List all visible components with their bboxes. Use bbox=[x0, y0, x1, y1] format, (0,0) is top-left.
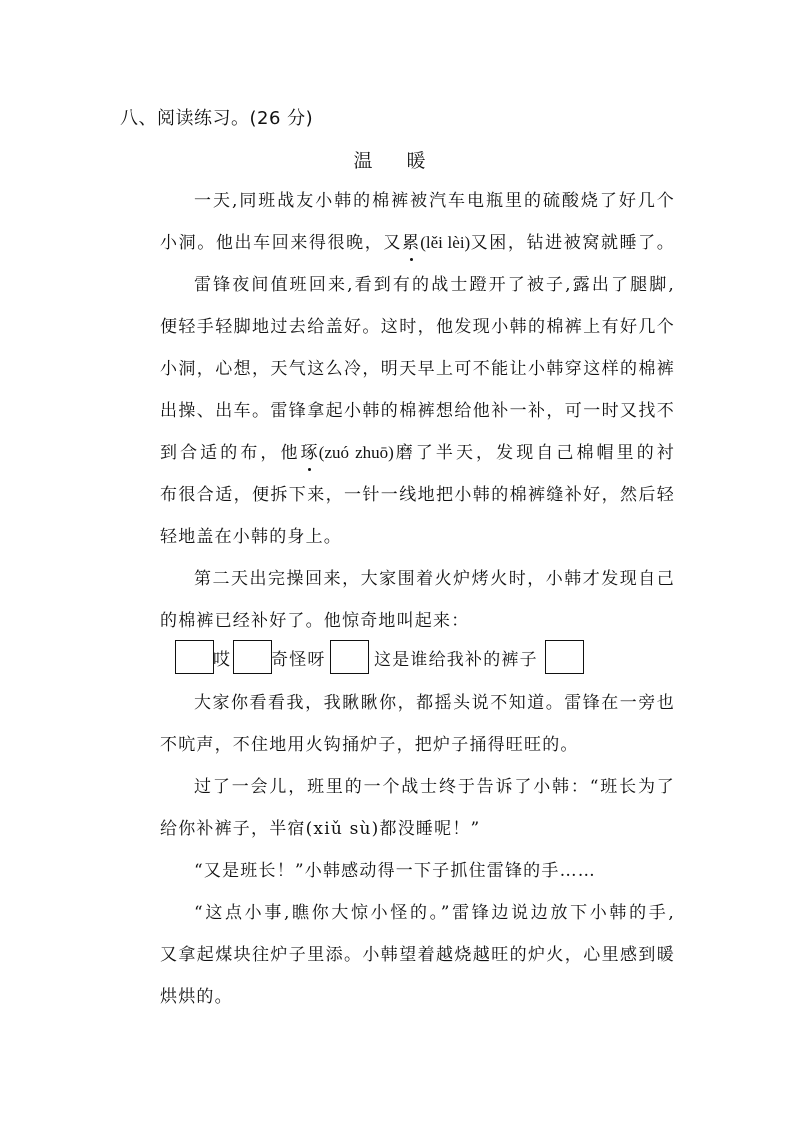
paragraph-line: 一天,同班战友小韩的棉裤被汽车电瓶里的硫酸烧了好几个 bbox=[194, 189, 675, 213]
line-text: 小洞。他出车回来得很晚，又 bbox=[160, 233, 402, 253]
paragraph-line: 给你补裤子，半宿(xiǔ sù)都没睡呢！” bbox=[160, 817, 675, 841]
paragraph-line: 小洞。他出车回来得很晚，又累(lěi lèi)又困，钻进被窝就睡了。 bbox=[160, 231, 675, 255]
answer-box[interactable] bbox=[175, 640, 214, 674]
line-text: 又困，钻进被窝就睡了。 bbox=[470, 233, 675, 253]
paragraph-line: 雷锋夜间值班回来,看到有的战士蹬开了被子,露出了腿脚, bbox=[194, 273, 675, 297]
fill-in-text: 哎 bbox=[213, 645, 231, 670]
paragraph-line: 第二天出完操回来，大家围着火炉烤火时，小韩才发现自己 bbox=[194, 567, 675, 591]
paragraph-line: 便轻手轻脚地过去给盖好。这时，他发现小韩的棉裤上有好几个 bbox=[160, 315, 675, 339]
answer-box[interactable] bbox=[233, 640, 272, 674]
paragraph-line: 小洞，心想，天气这么冷，明天早上可不能让小韩穿这样的棉裤 bbox=[160, 357, 675, 381]
paragraph-line: 大家你看看我，我瞅瞅你，都摇头说不知道。雷锋在一旁也 bbox=[194, 691, 675, 715]
answer-box[interactable] bbox=[545, 640, 584, 674]
paragraph-line: 轻地盖在小韩的身上。 bbox=[160, 525, 675, 549]
fill-in-text: 这是谁给我补的裤子 bbox=[374, 645, 538, 670]
answer-box[interactable] bbox=[330, 640, 369, 674]
line-text: 到合适的布，他 bbox=[160, 443, 301, 463]
line-text: 磨了半天，发现自己棉帽里的衬 bbox=[394, 443, 675, 463]
paragraph-line: 布很合适，便拆下来，一针一线地把小韩的棉裤缝补好，然后轻 bbox=[160, 483, 675, 507]
paragraph-line: 过了一会儿，班里的一个战士终于告诉了小韩：“班长为了 bbox=[194, 775, 675, 799]
paragraph-line: 到合适的布，他琢(zuó zhuō)磨了半天，发现自己棉帽里的衬 bbox=[160, 441, 675, 465]
pinyin-choice[interactable]: (zuó zhuō) bbox=[319, 443, 394, 462]
paragraph-line: 的棉裤已经补好了。他惊奇地叫起来： bbox=[160, 609, 675, 633]
passage-title: 温 暖 bbox=[0, 146, 793, 173]
dotted-character: 累 bbox=[402, 231, 420, 255]
paragraph-line: 又拿起煤块往炉子里添。小韩望着越烧越旺的炉火，心里感到暖 bbox=[160, 943, 675, 967]
paragraph-line: “这点小事,瞧你大惊小怪的。”雷锋边说边放下小韩的手, bbox=[194, 901, 675, 925]
paragraph-line: 烘烘的。 bbox=[160, 985, 675, 1009]
dotted-character: 琢 bbox=[301, 441, 319, 465]
paragraph-line: 不吭声，不住地用火钩捅炉子，把炉子捅得旺旺的。 bbox=[160, 733, 675, 757]
pinyin-choice[interactable]: (lěi lèi) bbox=[420, 233, 470, 252]
section-heading: 八、阅读练习。(26 分) bbox=[120, 104, 313, 130]
paragraph-line: 出操、出车。雷锋拿起小韩的棉裤想给他补一补，可一时又找不 bbox=[160, 399, 675, 423]
paragraph-line: “又是班长！”小韩感动得一下子抓住雷锋的手…… bbox=[194, 859, 675, 883]
fill-in-text: 奇怪呀 bbox=[271, 645, 326, 670]
